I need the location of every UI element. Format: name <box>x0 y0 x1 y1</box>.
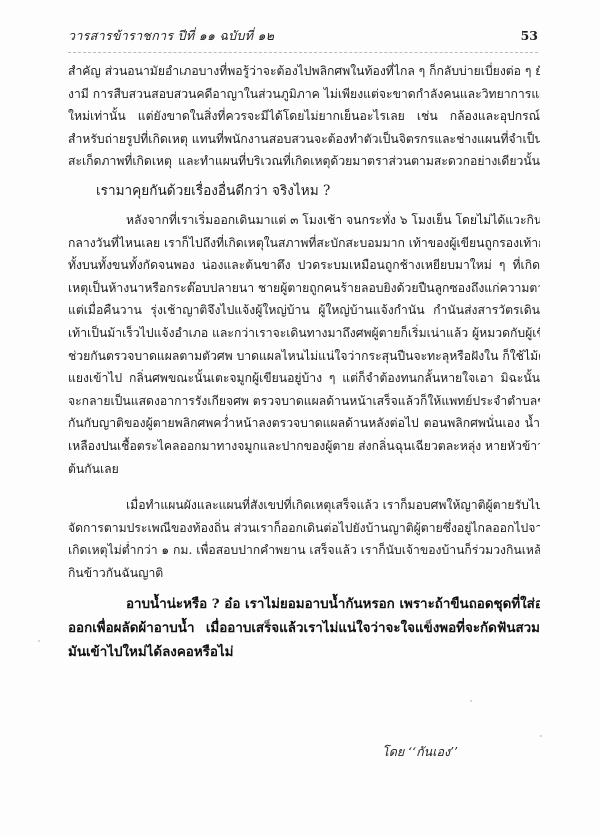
scan-artifact <box>540 735 542 737</box>
paragraph-line: เมื่อทำแผนผังและแผนที่สังเขปที่เกิดเหตุเ… <box>68 494 540 517</box>
section-subheading: เรามาคุยกันด้วยเรื่องอื่นดีกว่า จริงไหม … <box>68 179 540 203</box>
author-signature: โดย ‘‘กันเอง’’ <box>382 742 458 762</box>
paragraph-line: สำคัญ ส่วนอนามัยอำเภอบางที่พอรู้ว่าจะต้อ… <box>68 60 540 83</box>
paragraph-line: กินข้าวกันฉันญาติ <box>68 562 540 585</box>
paragraph-line: เหตุเป็นห้างนาหรือกระต๊อบปลายนา ชายผู้ตา… <box>68 277 540 300</box>
paragraph-line: ออกเพื่อผลัดผ้าอาบน้ำ เมื่ออาบเสร็จแล้วเ… <box>68 616 540 640</box>
paragraph-line: ต้นกันเลย <box>68 458 540 481</box>
paragraph-line: ทั้งบนทั้งขนทั้งกัดจนพอง น่องและต้นขาตึง… <box>68 254 540 277</box>
paragraph-line: สำหรับถ่ายรูปที่เกิดเหตุ แทนที่พนักงานสอ… <box>68 128 540 151</box>
paragraph-line: มันเข้าไปใหม่ได้ลงคอหรือไม่ <box>68 640 540 664</box>
paragraph-spacer <box>68 584 540 592</box>
paragraph-line: จะกลายเป็นแสดงอาการรังเกียจศพ ตรวจบาดแผล… <box>68 390 540 413</box>
page-header: วารสารข้าราชการ ปีที่ ๑๑ ฉบับที่ ๑๒ 53 <box>68 26 538 48</box>
paragraph-line: เหลืองปนเชื้อตระไคลออกมาทางจมูกและปากของ… <box>68 435 540 458</box>
paragraph-line: งามี การสืบสวนสอบสวนคดีอาญาในส่วนภูมิภาค… <box>68 83 540 106</box>
paragraph-line: เกิดเหตุไม่ต่ำกว่า ๑ กม. เพื่อสอบปากคำพย… <box>68 539 540 562</box>
page-number: 53 <box>521 28 538 43</box>
paragraph-line: แต่เมื่อคืนวาน รุ่งเช้าญาติจึงไปแจ้งผู้ใ… <box>68 299 540 322</box>
paragraph-2: หลังจากที่เราเริ่มออกเดินมาแต่ ๓ โมงเช้า… <box>68 209 540 480</box>
paragraph-line: สะเก็ดภาพที่เกิดเหตุ และทำแผนที่บริเวณที… <box>68 150 540 173</box>
closing-paragraph: อาบน้ำน่ะหรือ ? อ๋อ เราไม่ยอมอาบน้ำกันหร… <box>68 592 540 664</box>
paragraph-line: แยงเข้าไป กลิ่นศพขณะนั้นเตะจมูกผู้เขียนอ… <box>68 367 540 390</box>
paragraph-line: ใหม่เท่านั้น แต่ยังขาดในสิ่งที่ควรจะมีได… <box>68 105 540 128</box>
intro-paragraph: สำคัญ ส่วนอนามัยอำเภอบางที่พอรู้ว่าจะต้อ… <box>68 60 540 173</box>
paragraph-line: หลังจากที่เราเริ่มออกเดินมาแต่ ๓ โมงเช้า… <box>68 209 540 232</box>
paragraph-line: จัดการตามประเพณีของท้องถิ่น ส่วนเราก็ออก… <box>68 517 540 540</box>
paragraph-line: อาบน้ำน่ะหรือ ? อ๋อ เราไม่ยอมอาบน้ำกันหร… <box>68 592 540 616</box>
paragraph-line: ช่วยกันตรวจบาดแผลตามตัวศพ บาดแผลไหนไม่แน… <box>68 345 540 368</box>
article-body: สำคัญ ส่วนอนามัยอำเภอบางที่พอรู้ว่าจะต้อ… <box>68 60 540 664</box>
header-divider <box>68 52 538 53</box>
paragraph-line: เท้าเป็นม้าเร็วไปแจ้งอำเภอ และกว่าเราจะเ… <box>68 322 540 345</box>
paragraph-line: กันกับญาติของผู้ตายพลิกศพคว่ำหน้าลงตรวจบ… <box>68 412 540 435</box>
scan-artifact <box>470 700 472 702</box>
scan-artifact <box>38 640 40 642</box>
journal-title: วารสารข้าราชการ ปีที่ ๑๑ ฉบับที่ ๑๒ <box>68 26 274 46</box>
paragraph-3: เมื่อทำแผนผังและแผนที่สังเขปที่เกิดเหตุเ… <box>68 494 540 584</box>
paragraph-line: กลางวันที่ไหนเลย เราก็ไปถึงที่เกิดเหตุใน… <box>68 232 540 255</box>
paragraph-spacer <box>68 480 540 494</box>
document-page: วารสารข้าราชการ ปีที่ ๑๑ ฉบับที่ ๑๒ 53 ส… <box>0 0 600 837</box>
